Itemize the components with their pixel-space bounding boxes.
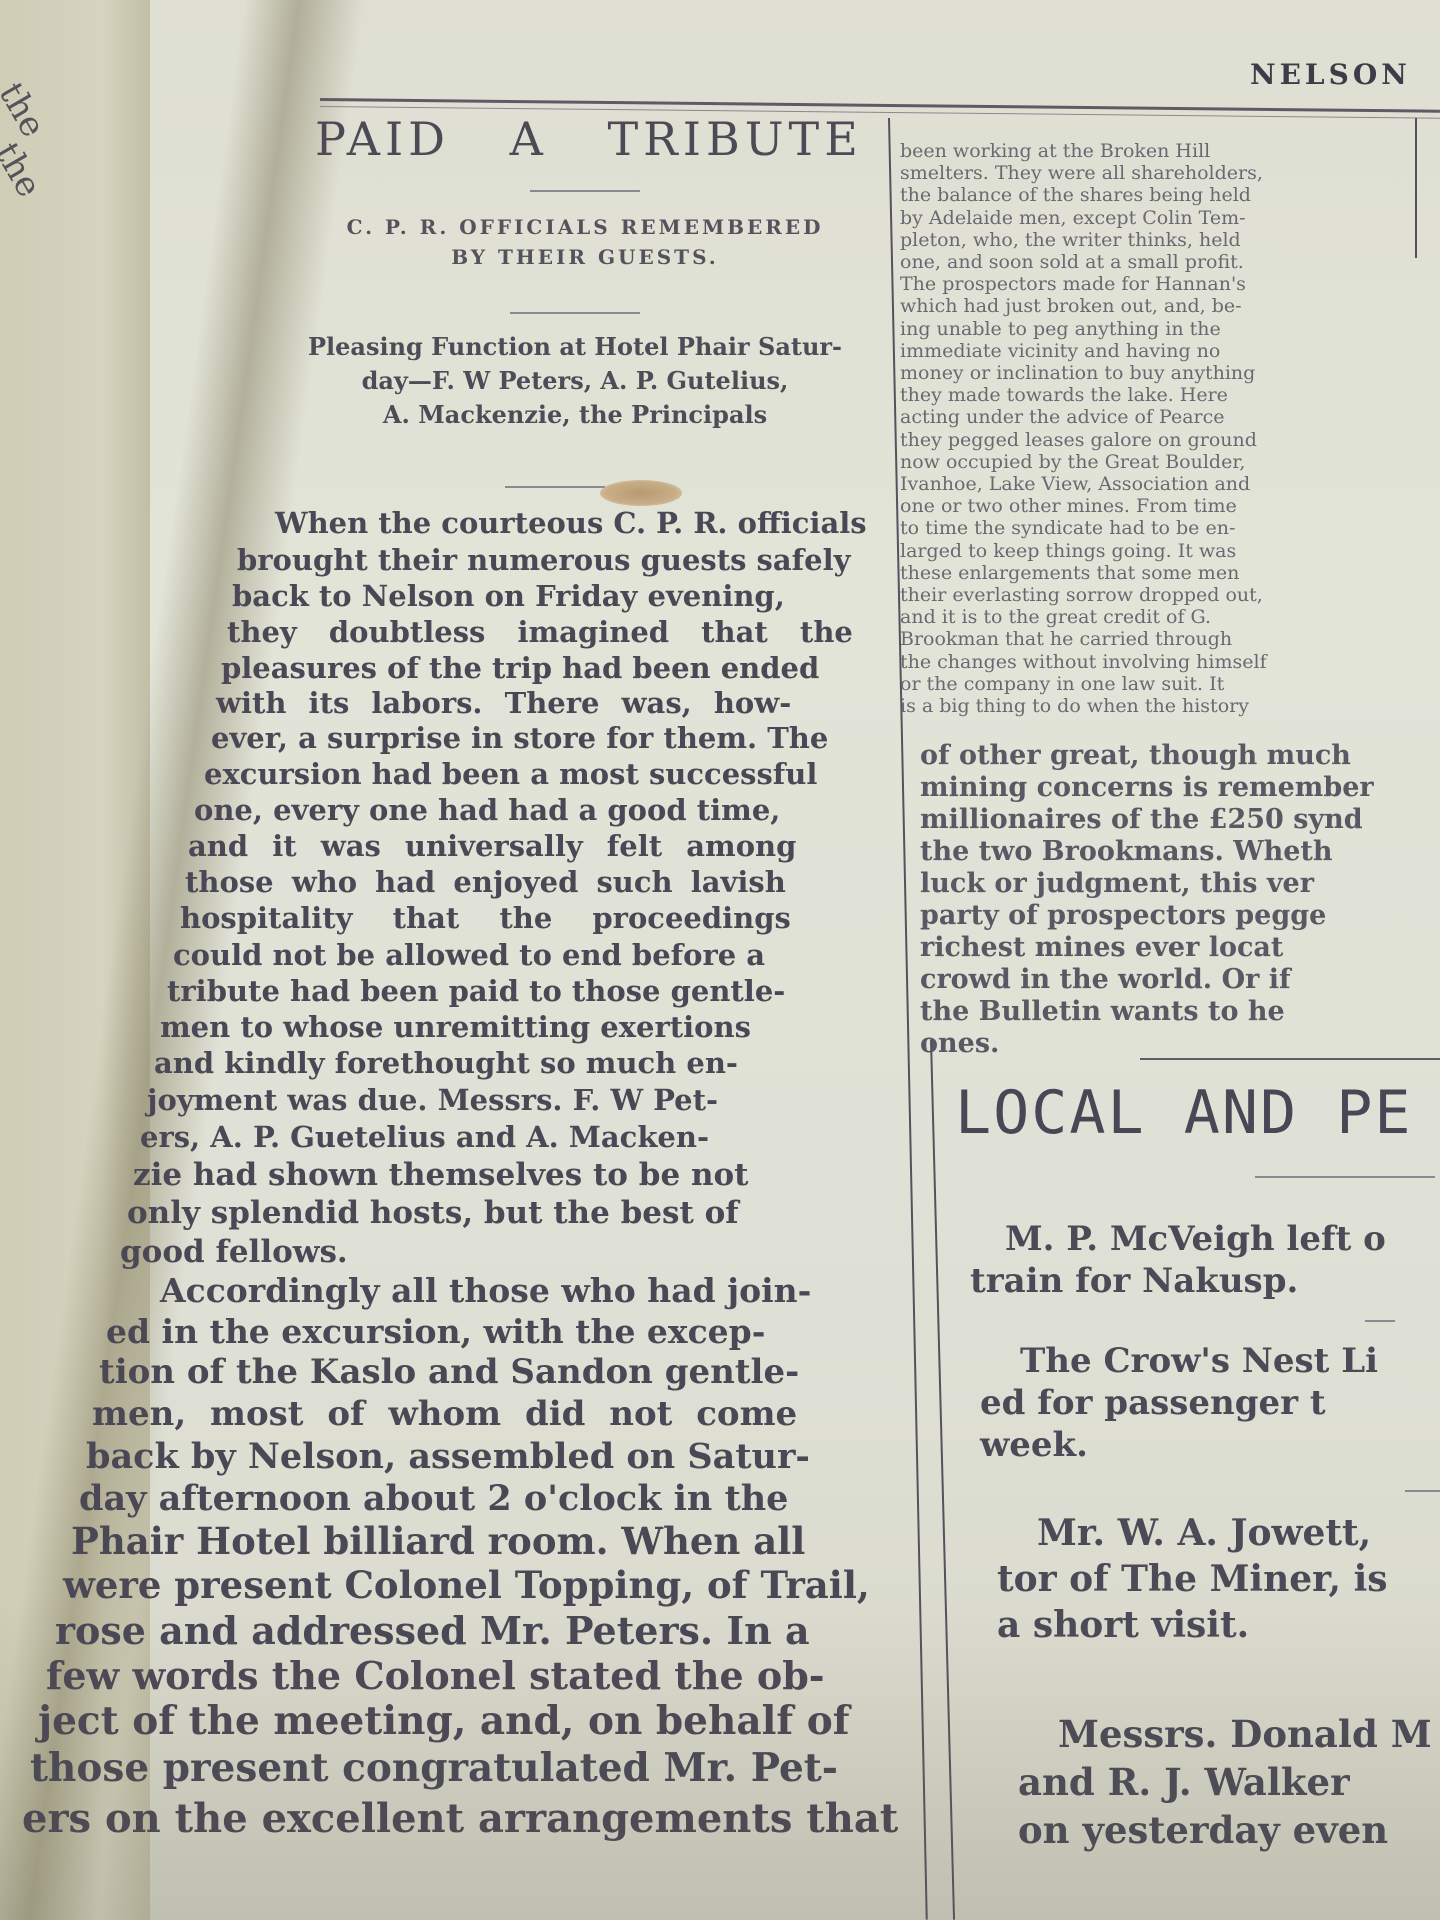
- body-line: ever, a surprise in store for them. The: [211, 720, 828, 757]
- body-line: men to whose unremitting exertions: [160, 1009, 751, 1046]
- column-line: luck or judgment, this ver: [920, 868, 1440, 900]
- column-line: one or two other mines. From time: [900, 495, 1440, 517]
- body-line: ject of the meeting, and, on behalf of: [38, 1703, 850, 1740]
- column-line: and it is to the great credit of G.: [900, 606, 1440, 628]
- column-line: one, and soon sold at a small profit.: [900, 251, 1440, 273]
- column-line: they pegged leases galore on ground: [900, 429, 1440, 451]
- body-line: only splendid hosts, but the best of: [127, 1195, 739, 1232]
- body-line: one, every one had had a good time,: [194, 792, 780, 829]
- body-line: men, most of whom did not come: [92, 1396, 797, 1433]
- body-line: ers on the excellent arrangements that: [22, 1800, 898, 1837]
- body-line: ers, A. P. Guetelius and A. Macken-: [140, 1119, 709, 1156]
- body-line: back to Nelson on Friday evening,: [232, 578, 785, 615]
- body-line: ed in the excursion, with the excep-: [106, 1313, 765, 1350]
- column-line: the changes without involving himself: [900, 651, 1440, 673]
- column-line: Brookman that he carried through: [900, 628, 1440, 650]
- body-line: those who had enjoyed such lavish: [185, 864, 786, 901]
- column-line: now occupied by the Great Boulder,: [900, 451, 1440, 473]
- column-line: they made towards the lake. Here: [900, 384, 1440, 406]
- column-line: these enlargements that some men: [900, 562, 1440, 584]
- column-line: crowd in the world. Or if: [920, 964, 1440, 996]
- body-line: Accordingly all those who had join-: [160, 1272, 811, 1309]
- column-line: the two Brookmans. Wheth: [920, 836, 1440, 868]
- body-line: could not be allowed to end before a: [173, 937, 765, 974]
- item-separator: [1365, 1320, 1395, 1322]
- column-line: is a big thing to do when the history: [900, 695, 1440, 717]
- column-line: of other great, though much: [920, 740, 1440, 772]
- column-line: their everlasting sorrow dropped out,: [900, 584, 1440, 606]
- item-separator: [1405, 1490, 1440, 1492]
- local-item-line: The Crow's Nest Li: [1020, 1340, 1378, 1382]
- column-line: mining concerns is remember: [920, 772, 1440, 804]
- column-line: to time the syndicate had to be en-: [900, 517, 1440, 539]
- local-item-line: train for Nakusp.: [970, 1260, 1386, 1302]
- local-item-line: ed for passenger t: [980, 1382, 1378, 1424]
- body-line: were present Colonel Topping, of Trail,: [63, 1567, 870, 1604]
- column-line: smelters. They were all shareholders,: [900, 162, 1440, 184]
- local-item-line: Messrs. Donald M: [1058, 1710, 1432, 1758]
- body-line: tion of the Kaslo and Sandon gentle-: [99, 1354, 799, 1391]
- column-line: been working at the Broken Hill: [900, 140, 1440, 162]
- column-line: pleton, who, the writer thinks, held: [900, 229, 1440, 251]
- body-line: those present congratulated Mr. Pet-: [30, 1750, 838, 1787]
- column-line: richest mines ever locat: [920, 932, 1440, 964]
- column-line: ing unable to peg anything in the: [900, 318, 1440, 340]
- body-line: and kindly forethought so much en-: [154, 1045, 738, 1082]
- body-line: pleasures of the trip had been ended: [221, 650, 819, 687]
- column-line: party of prospectors pegge: [920, 900, 1440, 932]
- body-line: good fellows.: [120, 1234, 348, 1271]
- local-item: M. P. McVeigh left o train for Nakusp.: [1005, 1218, 1386, 1302]
- column-line: by Adelaide men, except Colin Tem-: [900, 207, 1440, 229]
- local-item-line: week.: [980, 1424, 1378, 1466]
- column-line: millionaires of the £250 synd: [920, 804, 1440, 836]
- column-line: or the company in one law suit. It: [900, 673, 1440, 695]
- local-item-line: M. P. McVeigh left o: [1005, 1218, 1386, 1260]
- column-line: acting under the advice of Pearce: [900, 406, 1440, 428]
- column-line: money or inclination to buy anything: [900, 362, 1440, 384]
- body-line: with its labors. There was, how-: [216, 685, 791, 722]
- body-line: Phair Hotel billiard room. When all: [71, 1523, 805, 1560]
- adjacent-column-text-lower: of other great, though much mining conce…: [920, 740, 1440, 1060]
- body-line: tribute had been paid to those gentle-: [167, 973, 785, 1010]
- body-line: they doubtless imagined that the: [227, 614, 853, 651]
- body-line: and it was universally felt among: [188, 828, 796, 865]
- column-line: immediate vicinity and having no: [900, 340, 1440, 362]
- column-line: The prospectors made for Hannan's: [900, 273, 1440, 295]
- local-item: Mr. W. A. Jowett, tor of The Miner, is a…: [1037, 1510, 1388, 1648]
- section-rule: [1255, 1176, 1435, 1178]
- body-line: zie had shown themselves to be not: [133, 1157, 749, 1194]
- body-line: few words the Colonel stated the ob-: [46, 1657, 825, 1694]
- section-rule: [1140, 1058, 1440, 1060]
- column-line: which had just broken out, and, be-: [900, 295, 1440, 317]
- column-line: the Bulletin wants to he: [920, 996, 1440, 1028]
- local-item-line: on yesterday even: [1018, 1806, 1432, 1854]
- local-item-line: and R. J. Walker: [1018, 1758, 1432, 1806]
- section-heading: LOCAL AND PE: [955, 1078, 1412, 1148]
- local-item: Messrs. Donald M and R. J. Walker on yes…: [1058, 1710, 1432, 1854]
- local-item-line: a short visit.: [997, 1602, 1388, 1648]
- column-line: larged to keep things going. It was: [900, 540, 1440, 562]
- local-item-line: tor of The Miner, is: [997, 1556, 1388, 1602]
- body-line: rose and addressed Mr. Peters. In a: [55, 1612, 810, 1649]
- body-line: When the courteous C. P. R. officials: [275, 505, 867, 542]
- column-line: Ivanhoe, Lake View, Association and: [900, 473, 1440, 495]
- body-line: day afternoon about 2 o'clock in the: [79, 1480, 788, 1517]
- local-item: The Crow's Nest Li ed for passenger t we…: [1020, 1340, 1378, 1466]
- body-line: hospitality that the proceedings: [180, 900, 791, 937]
- local-item-line: Mr. W. A. Jowett,: [1037, 1510, 1388, 1556]
- body-line: brought their numerous guests safely: [237, 542, 850, 579]
- body-line: back by Nelson, assembled on Satur-: [86, 1438, 810, 1475]
- column-line: ones.: [920, 1028, 1440, 1060]
- body-line: excursion had been a most successful: [204, 756, 817, 793]
- body-line: joyment was due. Messrs. F. W Pet-: [147, 1082, 718, 1119]
- adjacent-column-text: been working at the Broken Hill smelters…: [900, 140, 1440, 717]
- column-line: the balance of the shares being held: [900, 184, 1440, 206]
